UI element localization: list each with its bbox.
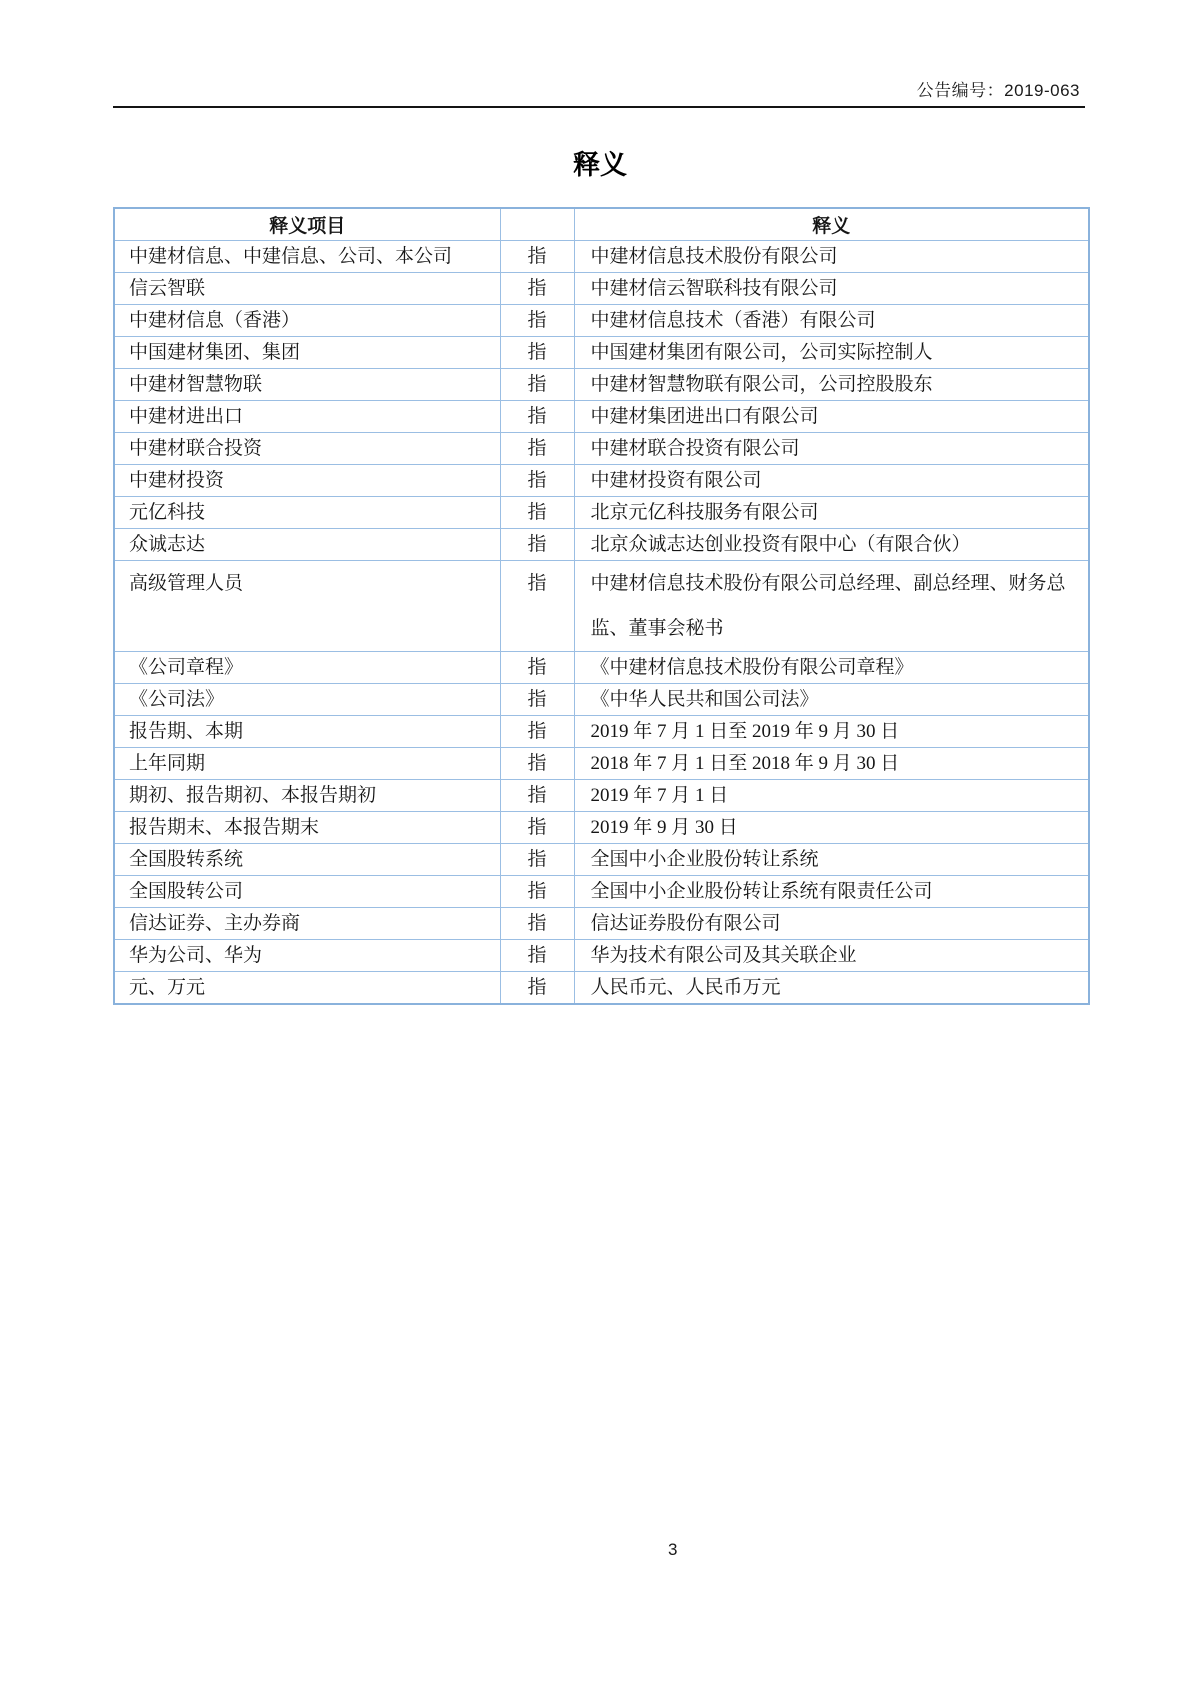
table-row: 高级管理人员指中建材信息技术股份有限公司总经理、副总经理、财务总监、董事会秘书: [114, 561, 1089, 652]
term-cell: 期初、报告期初、本报告期初: [114, 780, 500, 812]
term-cell: 信云智联: [114, 273, 500, 305]
definition-cell: 北京众诚志达创业投资有限中心（有限合伙）: [574, 529, 1089, 561]
term-cell: 中建材投资: [114, 465, 500, 497]
zhi-cell: 指: [500, 876, 574, 908]
table-row: 信云智联指中建材信云智联科技有限公司: [114, 273, 1089, 305]
table-row: 报告期、本期指2019 年 7 月 1 日至 2019 年 9 月 30 日: [114, 716, 1089, 748]
term-cell: 中国建材集团、集团: [114, 337, 500, 369]
table-row: 上年同期指2018 年 7 月 1 日至 2018 年 9 月 30 日: [114, 748, 1089, 780]
table-row: 中建材智慧物联指中建材智慧物联有限公司，公司控股股东: [114, 369, 1089, 401]
definition-cell: 中建材信息技术股份有限公司: [574, 241, 1089, 273]
definition-cell: 2019 年 7 月 1 日: [574, 780, 1089, 812]
column-header-zhi: [500, 208, 574, 241]
definition-cell: 中国建材集团有限公司，公司实际控制人: [574, 337, 1089, 369]
definition-cell: 人民币元、人民币万元: [574, 972, 1089, 1005]
term-cell: 报告期末、本报告期末: [114, 812, 500, 844]
zhi-cell: 指: [500, 716, 574, 748]
zhi-cell: 指: [500, 529, 574, 561]
term-cell: 全国股转系统: [114, 844, 500, 876]
table-row: 报告期末、本报告期末指2019 年 9 月 30 日: [114, 812, 1089, 844]
table-row: 华为公司、华为指华为技术有限公司及其关联企业: [114, 940, 1089, 972]
term-cell: 高级管理人员: [114, 561, 500, 652]
page-number: 3: [668, 1540, 677, 1560]
table-row: 《公司章程》指《中建材信息技术股份有限公司章程》: [114, 652, 1089, 684]
zhi-cell: 指: [500, 241, 574, 273]
table-row: 中建材信息（香港）指中建材信息技术（香港）有限公司: [114, 305, 1089, 337]
term-cell: 全国股转公司: [114, 876, 500, 908]
page-title: 释义: [0, 143, 1200, 182]
zhi-cell: 指: [500, 337, 574, 369]
definition-cell: 2019 年 9 月 30 日: [574, 812, 1089, 844]
table-row: 元、万元指人民币元、人民币万元: [114, 972, 1089, 1005]
zhi-cell: 指: [500, 972, 574, 1005]
zhi-cell: 指: [500, 273, 574, 305]
definition-cell: 中建材投资有限公司: [574, 465, 1089, 497]
term-cell: 中建材进出口: [114, 401, 500, 433]
term-cell: 元、万元: [114, 972, 500, 1005]
definitions-table: 释义项目 释义 中建材信息、中建信息、公司、本公司指中建材信息技术股份有限公司信…: [113, 207, 1090, 1005]
definition-cell: 《中建材信息技术股份有限公司章程》: [574, 652, 1089, 684]
term-cell: 中建材信息（香港）: [114, 305, 500, 337]
table-row: 众诚志达指北京众诚志达创业投资有限中心（有限合伙）: [114, 529, 1089, 561]
term-cell: 华为公司、华为: [114, 940, 500, 972]
table-row: 《公司法》指《中华人民共和国公司法》: [114, 684, 1089, 716]
zhi-cell: 指: [500, 497, 574, 529]
definition-cell: 2019 年 7 月 1 日至 2019 年 9 月 30 日: [574, 716, 1089, 748]
zhi-cell: 指: [500, 433, 574, 465]
definition-cell: 中建材信息技术股份有限公司总经理、副总经理、财务总监、董事会秘书: [574, 561, 1089, 652]
zhi-cell: 指: [500, 561, 574, 652]
table-row: 中建材信息、中建信息、公司、本公司指中建材信息技术股份有限公司: [114, 241, 1089, 273]
table-row: 全国股转系统指全国中小企业股份转让系统: [114, 844, 1089, 876]
zhi-cell: 指: [500, 748, 574, 780]
term-cell: 《公司章程》: [114, 652, 500, 684]
zhi-cell: 指: [500, 305, 574, 337]
term-cell: 报告期、本期: [114, 716, 500, 748]
table-row: 中国建材集团、集团指中国建材集团有限公司，公司实际控制人: [114, 337, 1089, 369]
zhi-cell: 指: [500, 465, 574, 497]
table-row: 元亿科技指北京元亿科技服务有限公司: [114, 497, 1089, 529]
term-cell: 元亿科技: [114, 497, 500, 529]
table-row: 中建材进出口指中建材集团进出口有限公司: [114, 401, 1089, 433]
term-cell: 信达证券、主办券商: [114, 908, 500, 940]
announcement-number: 公告编号：2019-063: [917, 76, 1080, 101]
column-header-definition: 释义: [574, 208, 1089, 241]
definition-cell: 华为技术有限公司及其关联企业: [574, 940, 1089, 972]
definition-cell: 中建材智慧物联有限公司，公司控股股东: [574, 369, 1089, 401]
table-body: 中建材信息、中建信息、公司、本公司指中建材信息技术股份有限公司信云智联指中建材信…: [114, 241, 1089, 1005]
table-row: 信达证券、主办券商指信达证券股份有限公司: [114, 908, 1089, 940]
zhi-cell: 指: [500, 940, 574, 972]
header-divider-rule: [113, 106, 1085, 108]
definition-cell: 信达证券股份有限公司: [574, 908, 1089, 940]
zhi-cell: 指: [500, 908, 574, 940]
definition-cell: 《中华人民共和国公司法》: [574, 684, 1089, 716]
term-cell: 中建材智慧物联: [114, 369, 500, 401]
definition-cell: 北京元亿科技服务有限公司: [574, 497, 1089, 529]
zhi-cell: 指: [500, 401, 574, 433]
definition-cell: 中建材信息技术（香港）有限公司: [574, 305, 1089, 337]
definition-cell: 全国中小企业股份转让系统有限责任公司: [574, 876, 1089, 908]
table-row: 中建材投资指中建材投资有限公司: [114, 465, 1089, 497]
table-header-row: 释义项目 释义: [114, 208, 1089, 241]
zhi-cell: 指: [500, 780, 574, 812]
definition-cell: 中建材信云智联科技有限公司: [574, 273, 1089, 305]
term-cell: 中建材信息、中建信息、公司、本公司: [114, 241, 500, 273]
term-cell: 上年同期: [114, 748, 500, 780]
table-row: 期初、报告期初、本报告期初指2019 年 7 月 1 日: [114, 780, 1089, 812]
term-cell: 中建材联合投资: [114, 433, 500, 465]
definition-cell: 中建材联合投资有限公司: [574, 433, 1089, 465]
definition-cell: 2018 年 7 月 1 日至 2018 年 9 月 30 日: [574, 748, 1089, 780]
document-page: 公告编号：2019-063 释义 释义项目 释义 中建材信息、中建信息、公司、本…: [0, 0, 1200, 1696]
definition-cell: 全国中小企业股份转让系统: [574, 844, 1089, 876]
table-row: 中建材联合投资指中建材联合投资有限公司: [114, 433, 1089, 465]
term-cell: 众诚志达: [114, 529, 500, 561]
zhi-cell: 指: [500, 812, 574, 844]
column-header-term: 释义项目: [114, 208, 500, 241]
table-row: 全国股转公司指全国中小企业股份转让系统有限责任公司: [114, 876, 1089, 908]
zhi-cell: 指: [500, 652, 574, 684]
zhi-cell: 指: [500, 684, 574, 716]
zhi-cell: 指: [500, 844, 574, 876]
zhi-cell: 指: [500, 369, 574, 401]
definition-cell: 中建材集团进出口有限公司: [574, 401, 1089, 433]
term-cell: 《公司法》: [114, 684, 500, 716]
